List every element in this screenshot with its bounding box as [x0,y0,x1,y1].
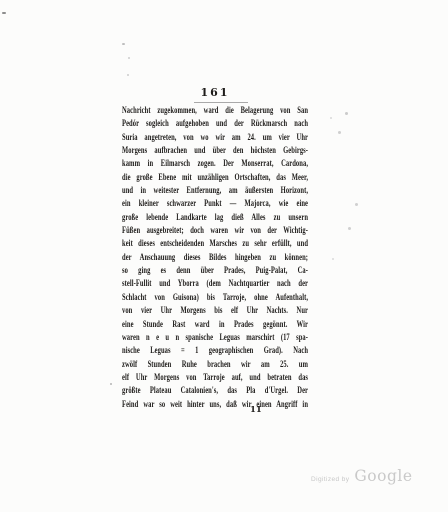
text-line: waren n e u n spanische Leguas marschirt… [122,332,308,345]
page-number: 161 [201,86,230,99]
signature-mark: 11 [250,405,262,415]
text-line: so ging es denn über Prades, Puig-Palat,… [122,265,308,278]
text-line: ein kleiner schwarzer Punkt — Majorca, w… [122,198,308,211]
text-line: der Anschauung dieses Bildes hingeben zu… [122,252,308,265]
body-text: Nachricht zugekommen, ward die Belagerun… [122,105,308,412]
digitized-watermark: Digitized by Google [311,467,413,485]
text-line: keit dieses entscheidenden Marsches zu s… [122,238,308,251]
text-line: größte Plateau Catalonien's, das Pla d'U… [122,385,308,398]
watermark-prefix: Digitized by [311,476,349,483]
scan-speck [332,258,334,260]
scan-speck [348,227,351,230]
scan-speck [330,117,332,119]
text-line: Pedór sogleich aufgehoben und der Rückma… [122,118,308,131]
scanned-book-page: 161 Nachricht zugekommen, ward die Belag… [0,0,448,512]
google-logo: Google [354,467,412,485]
text-line: Schlacht von Guisona) bis Tarroje, ohne … [122,292,308,305]
header-divider-rule [194,102,248,103]
text-line: Feind war so weit hinter uns, daß wir ei… [122,399,308,412]
scan-speck [345,112,348,115]
scan-speck [127,74,129,76]
text-line: nische Leguas = 1 geographischen Grad). … [122,345,308,358]
text-line: Füßen ausgebreitet; doch waren wir von d… [122,225,308,238]
text-line: stell-Fullit und Yborra (dem Nachtquarti… [122,278,308,291]
text-line: die große Ebene mit unzähligen Ortschaft… [122,172,308,185]
scan-speck [122,43,125,45]
scan-speck [128,57,130,59]
text-line: und in weitester Entfernung, am äußerste… [122,185,308,198]
text-line: zwölf Stunden Ruhe brachen wir am 25. um [122,359,308,372]
page-header: 161 [122,83,308,101]
text-line: Suria angetreten, von wo wir am 24. um v… [122,132,308,145]
scan-speck [2,12,6,14]
text-line: große lebende Landkarte lag dieß Alles z… [122,212,308,225]
scan-speck [338,131,341,134]
text-line: Morgens aufbrachen und über den höchsten… [122,145,308,158]
text-line: Nachricht zugekommen, ward die Belagerun… [122,105,308,118]
text-line: von vier Uhr Morgens bis elf Uhr Nachts.… [122,305,308,318]
text-line: kamm in Eilmarsch zogen. Der Monserrat, … [122,158,308,171]
scan-speck [355,203,358,206]
scan-speck [110,383,112,385]
text-line: eine Stunde Rast ward in Prades gegönnt.… [122,319,308,332]
text-line: elf Uhr Morgens von Tarroje auf, und bet… [122,372,308,385]
